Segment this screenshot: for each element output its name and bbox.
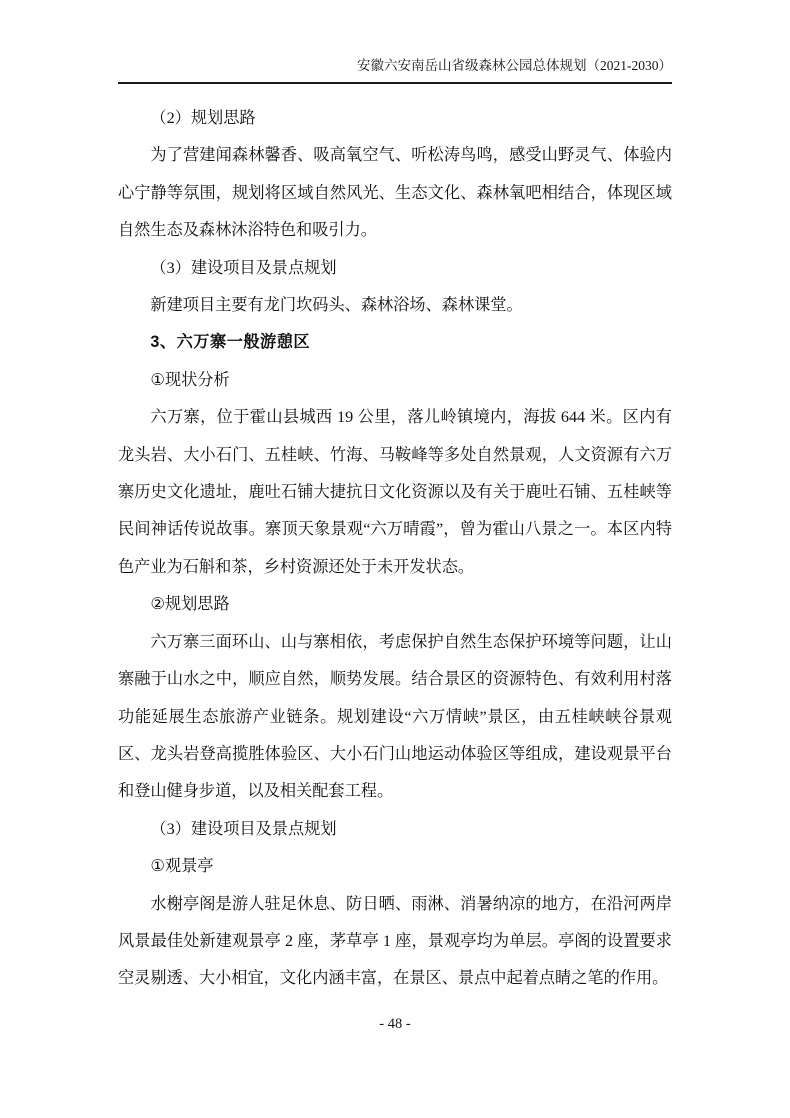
para-construction-projects-1-body: 新建项目主要有龙门坎码头、森林浴场、森林课堂。: [118, 287, 672, 324]
page-number: - 48 -: [379, 1016, 410, 1032]
para-label-status-analysis: ①现状分析: [118, 362, 672, 399]
para-planning-approach-1-body: 为了营建闻森林馨香、吸高氧空气、听松涛鸟鸣，感受山野灵气、体验内心宁静等氛围，规…: [118, 137, 672, 249]
para-planning-approach-2-body: 六万寨三面环山、山与寨相依，考虑保护自然生态保护环境等问题，让山寨融于山水之中，…: [118, 624, 672, 811]
para-status-analysis-body: 六万寨，位于霍山县城西 19 公里，落儿岭镇境内，海拔 644 米。区内有龙头岩…: [118, 399, 672, 586]
page-header: 安徽六安南岳山省级森林公园总体规划（2021-2030）: [118, 56, 672, 76]
para-label-construction-projects-2: （3）建设项目及景点规划: [118, 811, 672, 848]
header-title: 安徽六安南岳山省级森林公园总体规划（2021-2030）: [357, 58, 672, 73]
para-label-planning-approach-1: （2）规划思路: [118, 100, 672, 137]
para-label-construction-projects-1: （3）建设项目及景点规划: [118, 250, 672, 287]
header-rule: [118, 82, 672, 84]
para-viewing-pavilion-body: 水榭亭阁是游人驻足休息、防日晒、雨淋、消暑纳凉的地方，在沿河两岸风景最佳处新建观…: [118, 886, 672, 998]
page-footer: - 48 -: [0, 1014, 790, 1034]
para-label-planning-approach-2: ②规划思路: [118, 586, 672, 623]
heading-liuwanzhai-recreation-area: 3、六万寨一般游憩区: [118, 324, 672, 361]
para-label-viewing-pavilion: ①观景亭: [118, 848, 672, 885]
document-page: 安徽六安南岳山省级森林公园总体规划（2021-2030） （2）规划思路 为了营…: [0, 0, 790, 1118]
document-body: （2）规划思路 为了营建闻森林馨香、吸高氧空气、听松涛鸟鸣，感受山野灵气、体验内…: [118, 100, 672, 998]
